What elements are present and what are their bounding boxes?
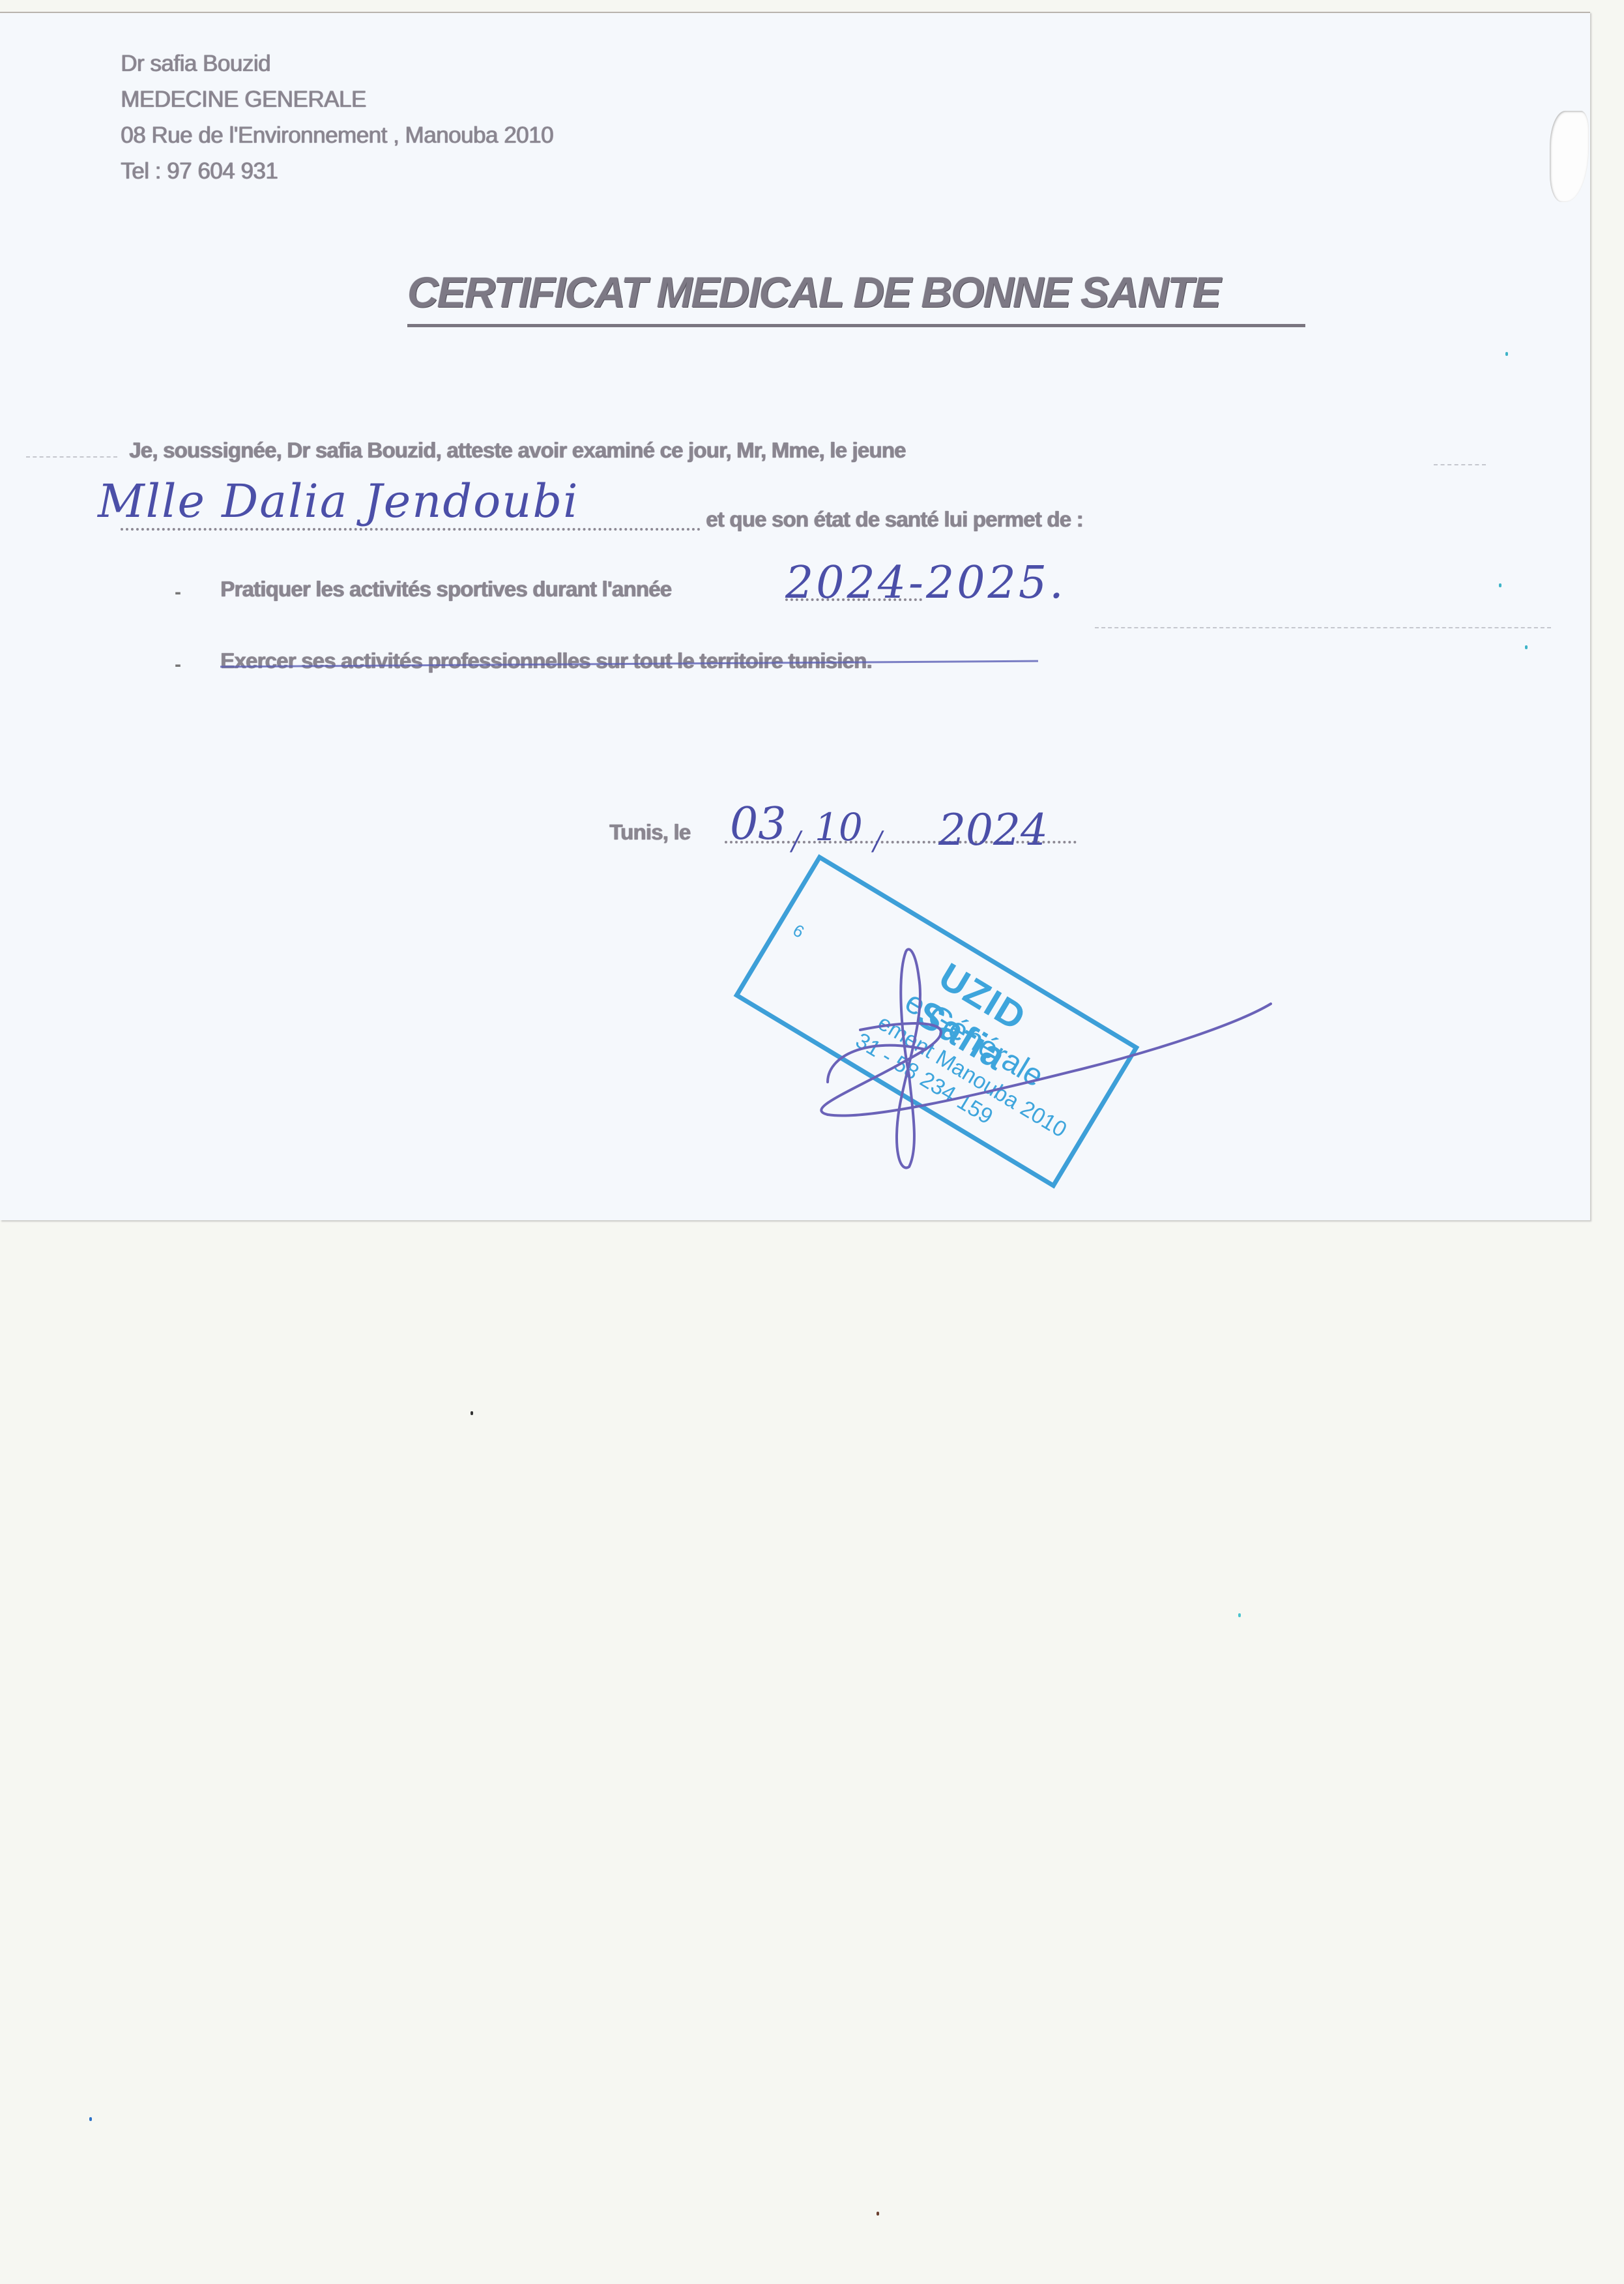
scan-speck: [471, 1411, 473, 1415]
scan-speck: [89, 2117, 92, 2121]
scan-speck: [1505, 352, 1508, 356]
scan-speck: [877, 2212, 879, 2216]
scan-speck: [1525, 645, 1528, 649]
scan-speck: [1499, 583, 1501, 587]
signature: [0, 0, 1624, 1238]
scan-speck: [1238, 1613, 1241, 1617]
